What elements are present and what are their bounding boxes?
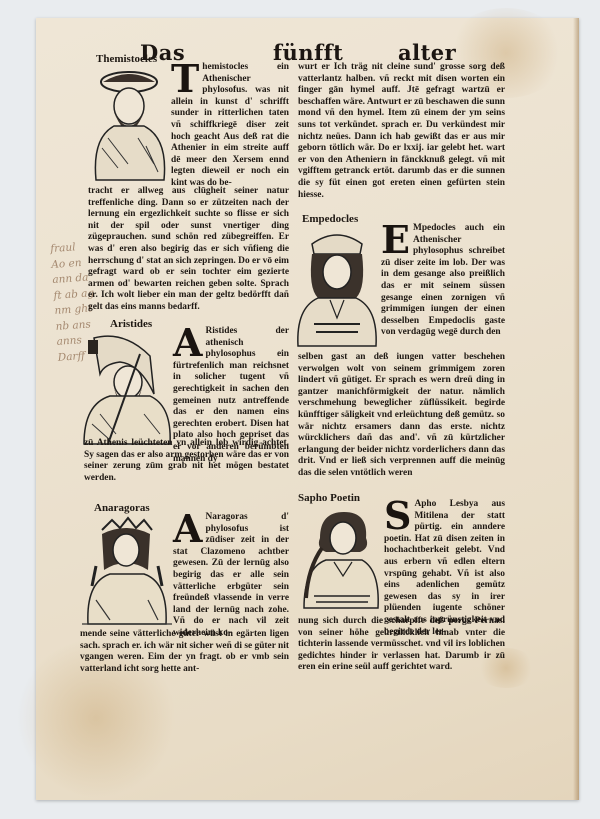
entry-name-empedocles: Empedocles — [302, 213, 358, 225]
drop-cap: A — [173, 513, 202, 545]
woodcut-portrait-aristides — [80, 334, 172, 446]
entry-name-anaragoras: Anaragoras — [94, 502, 150, 514]
entry-text-themistocles-below: tracht er allweg aus clūgheit seiner nat… — [88, 186, 289, 314]
portrait-icon — [298, 508, 382, 618]
portrait-icon — [80, 334, 172, 446]
entry-paragraph: wurt er Ich träg nit cleine sund' grosse… — [298, 62, 505, 201]
drop-cap: A — [173, 327, 202, 359]
portrait-icon — [82, 516, 172, 626]
entry-name-themistocles: Themistocles — [96, 53, 157, 65]
entry-text-anaragoras-beside: A Naragoras d' phylosofus ist zūdiser ze… — [173, 512, 289, 640]
portrait-icon — [88, 68, 170, 183]
drop-cap: T — [171, 63, 199, 95]
entry-text-themistocles-continued: wurt er Ich träg nit cleine sund' grosse… — [298, 62, 505, 201]
woodcut-portrait-sapho — [298, 508, 382, 618]
entry-text-empedocles-below: selben gast an deß iungen vatter bescheh… — [298, 352, 505, 480]
woodcut-portrait-empedocles — [294, 228, 380, 350]
document-page: Das fünfft alter fraul Ao en ann da ft a… — [36, 18, 579, 800]
drop-cap: S — [384, 500, 411, 532]
entry-paragraph: selben gast an deß iungen vatter bescheh… — [298, 352, 505, 480]
portrait-icon — [294, 228, 380, 350]
entry-name-sapho: Sapho Poetin — [298, 492, 360, 504]
woodcut-portrait-themistocles — [88, 68, 170, 183]
entry-text-sapho-below: nung sich durch die scharpffe deß pergs … — [298, 616, 505, 674]
drop-cap: E — [381, 224, 410, 256]
entry-name-aristides: Aristides — [110, 318, 152, 330]
entry-paragraph: mende seine vätterliche güter wüst in eg… — [80, 629, 289, 675]
entry-text-empedocles-beside: E Mpedocles auch ein Athenischer phyloso… — [381, 223, 505, 339]
entry-text-anaragoras-below: mende seine vätterliche güter wüst in eg… — [80, 629, 289, 675]
entry-text-aristides-below: zū Athenis leüchteten yn allein lob wird… — [84, 438, 289, 484]
entry-paragraph: zū Athenis leüchteten yn allein lob wird… — [84, 438, 289, 484]
woodcut-portrait-anaragoras — [82, 516, 172, 626]
entry-text-themistocles-beside: T hemistocles ein Athenischer phylosofus… — [171, 62, 289, 190]
entry-paragraph: nung sich durch die scharpffe deß pergs … — [298, 616, 505, 674]
entry-paragraph: tracht er allweg aus clūgheit seiner nat… — [88, 186, 289, 314]
